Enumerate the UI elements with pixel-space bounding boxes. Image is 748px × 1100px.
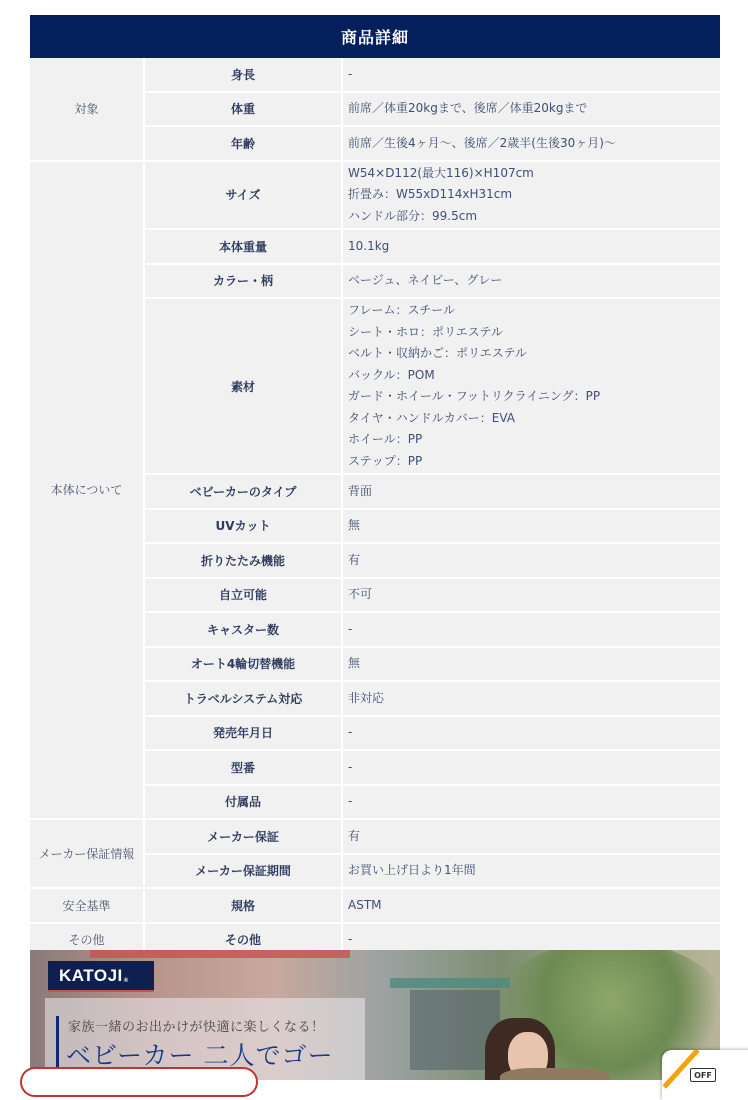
spec-key: 体重 [145, 93, 343, 128]
spec-key: 発売年月日 [145, 717, 343, 752]
brand-name: KATOJI [59, 966, 123, 986]
section-title: 商品詳細 [30, 15, 720, 58]
spec-value-line: - [348, 929, 720, 951]
spec-value-line: ベージュ、ネイビー、グレー [348, 270, 720, 292]
spec-value-line: W54×D112(最大116)×H107cm [348, 163, 720, 185]
spec-value: ベージュ、ネイビー、グレー [343, 265, 720, 300]
spec-value: お買い上げ日より1年間 [343, 855, 720, 890]
spec-value: 非対応 [343, 682, 720, 717]
table-row: 本体についてサイズW54×D112(最大116)×H107cm折畳み：W55xD… [30, 162, 720, 231]
spec-key: オート4輪切替機能 [145, 648, 343, 683]
off-toggle-widget[interactable]: OFF [662, 1050, 748, 1080]
spec-value-line: ステップ：PP [348, 451, 720, 473]
spec-key: 本体重量 [145, 230, 343, 265]
table-row: メーカー保証情報メーカー保証有 [30, 820, 720, 855]
category-cell: 本体について [30, 162, 145, 821]
spec-value-line: - [348, 757, 720, 779]
spec-value: W54×D112(最大116)×H107cm折畳み：W55xD114xH31cm… [343, 162, 720, 231]
spec-value: ASTM [343, 889, 720, 924]
spec-value-line: ホイール：PP [348, 429, 720, 451]
spec-value-line: 背面 [348, 481, 720, 503]
spec-value: 不可 [343, 579, 720, 614]
spec-value-line: ハンドル部分：99.5cm [348, 206, 720, 228]
spec-value-line: - [348, 722, 720, 744]
spec-value-line: 折畳み：W55xD114xH31cm [348, 184, 720, 206]
spec-key: 素材 [145, 299, 343, 475]
spec-key: 自立可能 [145, 579, 343, 614]
spec-value-line: - [348, 791, 720, 813]
spec-value-line: ガード・ホイール・フットリクライニング：PP [348, 386, 720, 408]
category-cell: メーカー保証情報 [30, 820, 145, 889]
spec-key: 規格 [145, 889, 343, 924]
spec-value: フレーム：スチールシート・ホロ：ポリエステルベルト・収納かご：ポリエステルバック… [343, 299, 720, 475]
registered-mark: ® [124, 978, 129, 984]
spec-value-line: 不可 [348, 584, 720, 606]
spec-key: UVカット [145, 510, 343, 545]
spec-value-line: バックル：POM [348, 365, 720, 387]
spec-value: 前席／生後4ヶ月～、後席／2歳半(生後30ヶ月)～ [343, 127, 720, 162]
spec-value: - [343, 717, 720, 752]
category-cell: 対象 [30, 58, 145, 162]
spec-value-line: 無 [348, 653, 720, 675]
spec-value: - [343, 786, 720, 821]
banner-photo-awning [390, 978, 510, 988]
table-row: 対象身長- [30, 58, 720, 93]
spec-key: 身長 [145, 58, 343, 93]
spec-value: 10.1kg [343, 230, 720, 265]
spec-key: 型番 [145, 751, 343, 786]
product-details-section: 商品詳細 対象身長-体重前席／体重20kgまで、後席／体重20kgまで年齢前席／… [30, 15, 720, 958]
banner-sub-copy: 家族一緒のお出かけが快適に楽しくなる！ [68, 1016, 325, 1035]
spec-key: カラー・柄 [145, 265, 343, 300]
spec-value-line: ベルト・収納かご：ポリエステル [348, 343, 720, 365]
spec-value: 有 [343, 544, 720, 579]
spec-value: - [343, 751, 720, 786]
spec-value-line: - [348, 64, 720, 86]
spec-value: - [343, 58, 720, 93]
spec-value-line: タイヤ・ハンドルカバー：EVA [348, 408, 720, 430]
spec-key: 年齢 [145, 127, 343, 162]
katoji-logo: KATOJI® [48, 961, 154, 992]
spec-value-line: 有 [348, 550, 720, 572]
spec-value-line: 非対応 [348, 688, 720, 710]
spec-value-line: 有 [348, 826, 720, 848]
spec-value: 前席／体重20kgまで、後席／体重20kgまで [343, 93, 720, 128]
spec-value-line: シート・ホロ：ポリエステル [348, 322, 720, 344]
spec-key: 付属品 [145, 786, 343, 821]
table-row: 安全基準規格ASTM [30, 889, 720, 924]
banner-photo-roof [90, 950, 350, 958]
banner-photo-person-body [500, 1068, 610, 1080]
spec-value: 有 [343, 820, 720, 855]
spec-value-line: 前席／生後4ヶ月～、後席／2歳半(生後30ヶ月)～ [348, 133, 720, 155]
spec-value-line: 10.1kg [348, 236, 720, 258]
spec-key: メーカー保証 [145, 820, 343, 855]
promo-banner[interactable]: KATOJI® 家族一緒のお出かけが快適に楽しくなる！ ベビーカー 二人でゴー [30, 950, 720, 1080]
spec-key: メーカー保証期間 [145, 855, 343, 890]
spec-key: 折りたたみ機能 [145, 544, 343, 579]
spec-value: 無 [343, 510, 720, 545]
spec-key: ベビーカーのタイプ [145, 475, 343, 510]
spec-value-line: お買い上げ日より1年間 [348, 860, 720, 882]
spec-value-line: フレーム：スチール [348, 300, 720, 322]
spec-value: 無 [343, 648, 720, 683]
spec-value-line: - [348, 619, 720, 641]
spec-key: サイズ [145, 162, 343, 231]
spec-table: 対象身長-体重前席／体重20kgまで、後席／体重20kgまで年齢前席／生後4ヶ月… [30, 58, 720, 958]
off-icon: OFF [690, 1068, 716, 1080]
spec-value: - [343, 613, 720, 648]
floating-pill-button[interactable] [20, 1067, 258, 1080]
category-cell: 安全基準 [30, 889, 145, 924]
spec-value-line: ASTM [348, 895, 720, 917]
spec-key: トラベルシステム対応 [145, 682, 343, 717]
spec-value-line: 前席／体重20kgまで、後席／体重20kgまで [348, 98, 720, 120]
spec-value: 背面 [343, 475, 720, 510]
spec-key: キャスター数 [145, 613, 343, 648]
spec-value-line: 無 [348, 515, 720, 537]
